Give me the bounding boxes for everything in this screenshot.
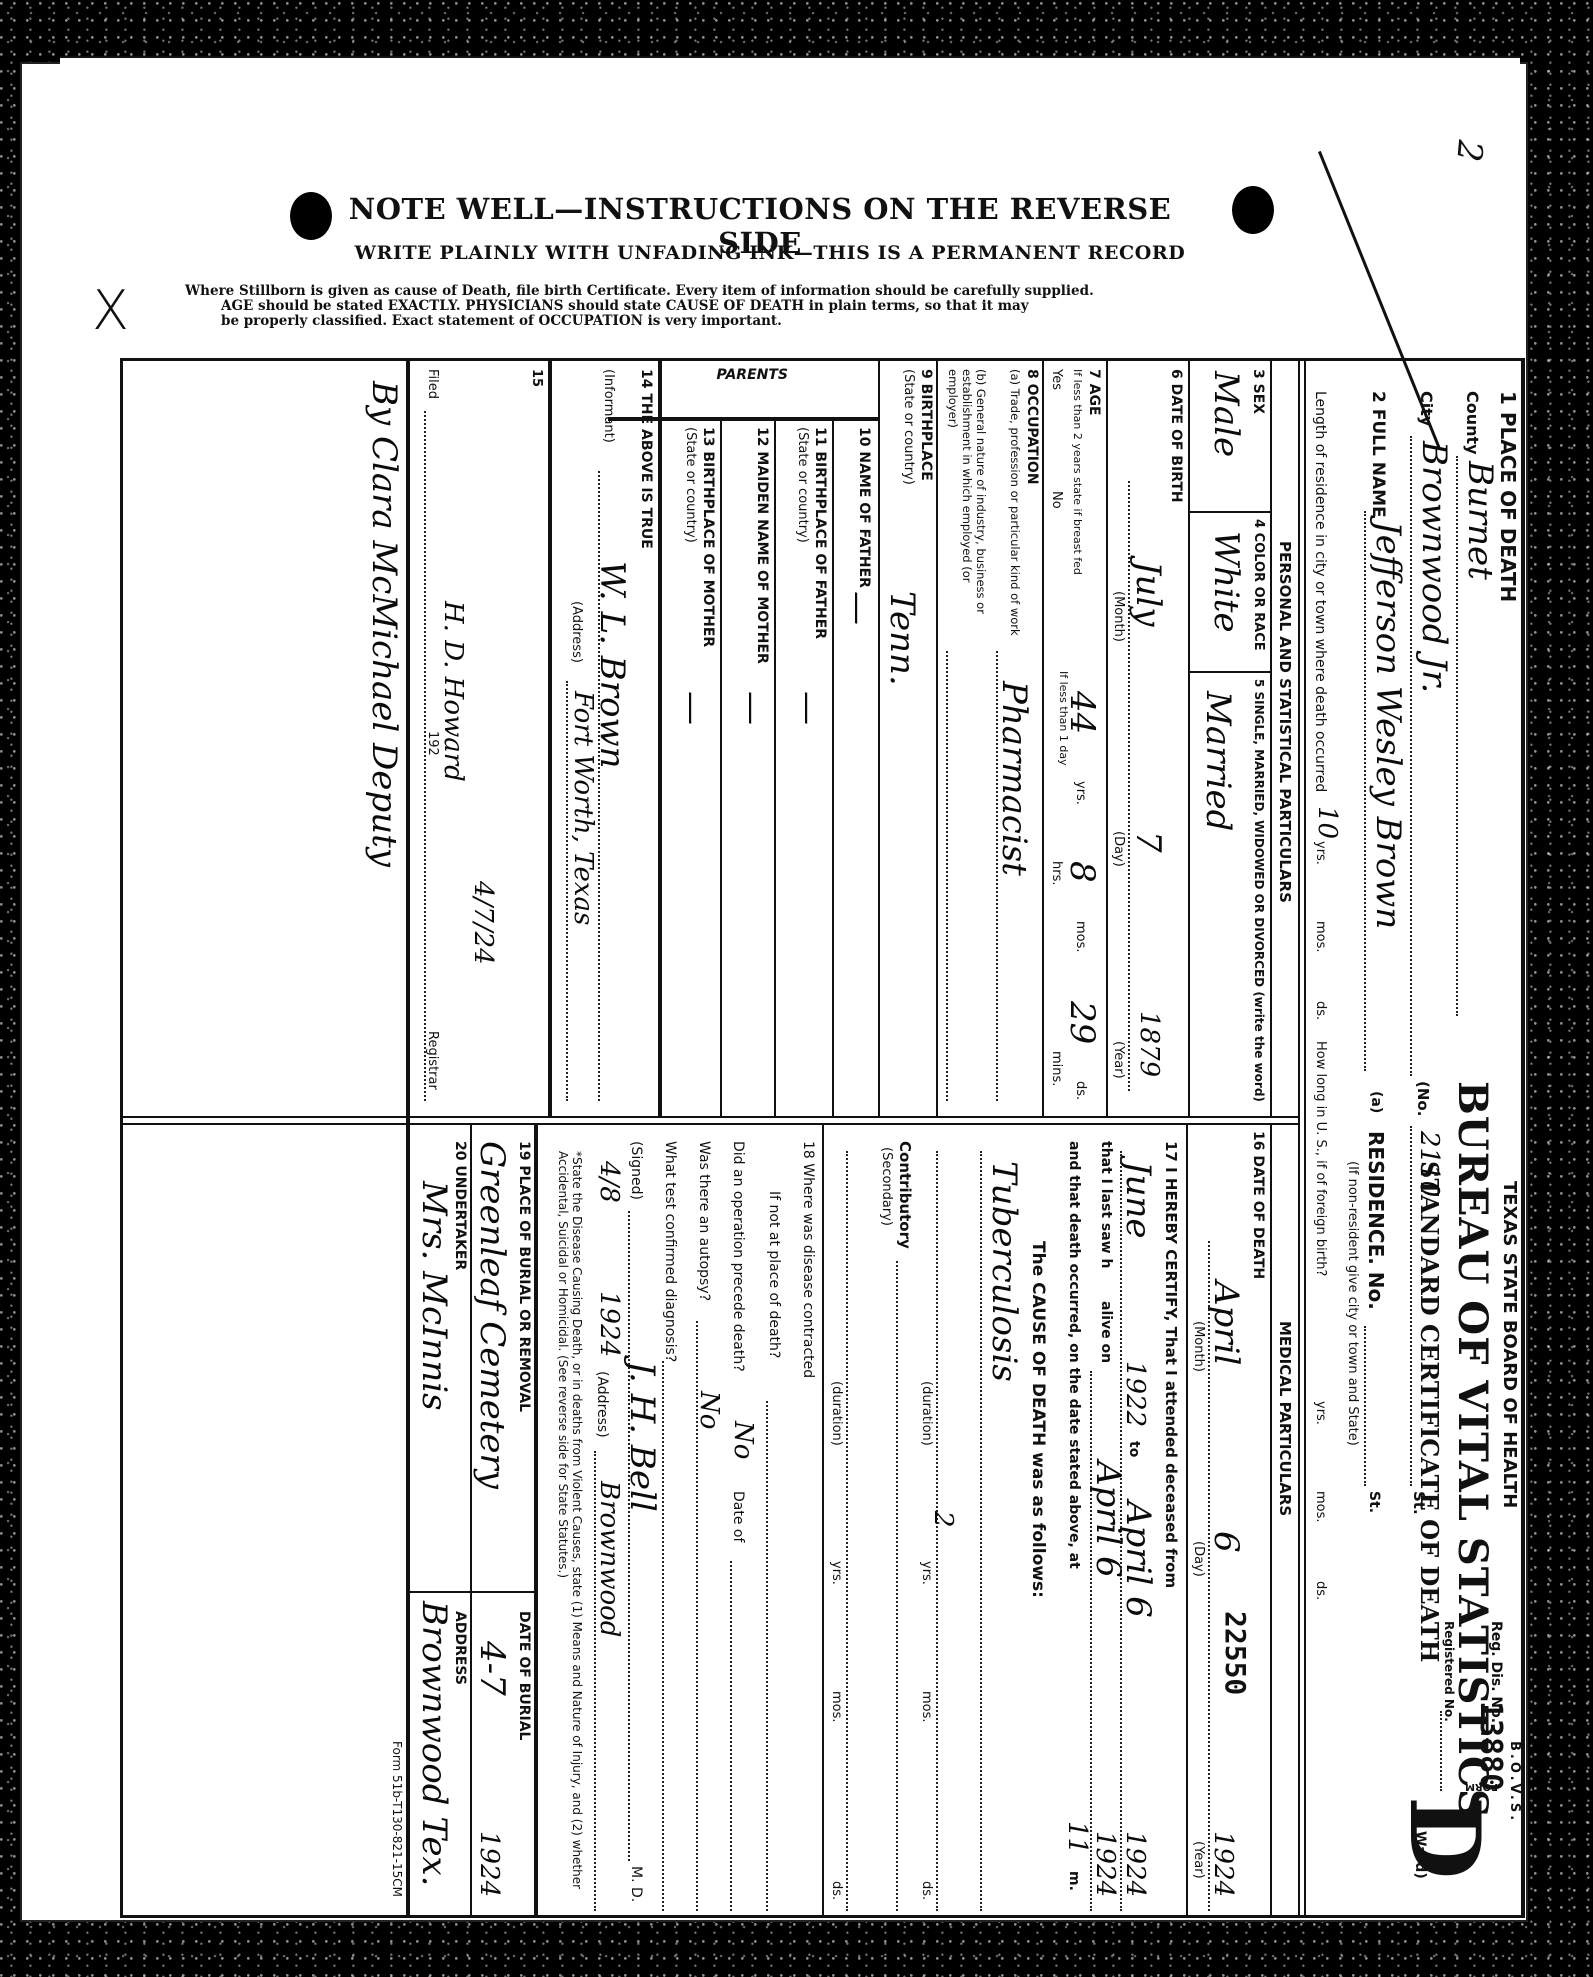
contributory-dotted-line[interactable] [896, 1261, 898, 1911]
filed-label: Filed [425, 369, 440, 399]
cause-dotted-line-2 [936, 1151, 938, 1911]
death-time-suffix: m. [1066, 1871, 1082, 1891]
burial-date-value[interactable]: 4-7 [472, 1641, 512, 1696]
hrs-label: hrs. [1049, 861, 1064, 886]
father-birthplace-label: 11 BIRTHPLACE OF FATHER [812, 427, 828, 639]
dob-year[interactable]: 1879 [1134, 1011, 1164, 1077]
undertaker-address-value[interactable]: Brownwood Tex. [414, 1601, 454, 1886]
occupation-b-label: (b) General nature of industry, business… [946, 369, 988, 629]
occupation-label: 8 OCCUPATION [1024, 369, 1040, 485]
color-value[interactable]: White [1206, 531, 1246, 633]
birthplace-value[interactable]: Tenn. [882, 591, 922, 686]
signed-date[interactable]: 4/8 [594, 1161, 624, 1203]
last-saw-label: that I last saw h [1098, 1141, 1114, 1268]
autopsy-dotted-line [696, 1321, 698, 1911]
residence-label: RESIDENCE. No. [1364, 1131, 1388, 1310]
md-label: M. D. [628, 1866, 644, 1902]
above-is-true-label: 14 THE ABOVE IS TRUE [638, 369, 654, 549]
street-dotted-line [1410, 1126, 1412, 1486]
duration-yrs[interactable]: 2 [928, 1511, 958, 1528]
write-plainly-heading: WRITE PLAINLY WITH UNFADING INK—THIS IS … [240, 242, 1300, 264]
signed-dotted-line [628, 1211, 630, 1861]
full-name-value[interactable]: Jefferson Wesley Brown [1368, 521, 1408, 929]
attended-to-year[interactable]: 1924 [1120, 1831, 1150, 1897]
signed-label: (Signed) [628, 1141, 644, 1200]
divider [720, 417, 722, 1117]
less-than-day-label: If less than 1 day [1057, 671, 1070, 766]
dod-year-label: (Year) [1191, 1841, 1206, 1879]
mother-birthplace-note: (State or country) [683, 427, 698, 543]
attended-from-year[interactable]: 1922 [1120, 1361, 1150, 1427]
not-place-dotted-line[interactable] [766, 1401, 768, 1911]
city-dotted-line [1410, 436, 1412, 1076]
medical-section-title: MEDICAL PARTICULARS [1276, 1321, 1294, 1516]
cell-divider [410, 1591, 538, 1593]
filed-dotted-line [424, 411, 426, 1101]
contributory-dotted-line-2 [846, 1151, 848, 1911]
cell-divider [1190, 671, 1272, 673]
street-st-label: St. [1410, 1491, 1428, 1515]
mother-birthplace-value[interactable]: — [672, 691, 712, 725]
burial-date-label: DATE OF BURIAL [516, 1611, 532, 1740]
date-of-death-label: 16 DATE OF DEATH [1250, 1131, 1266, 1279]
instruction-line: AGE should be stated EXACTLY. PHYSICIANS… [185, 299, 1385, 314]
registered-no-field[interactable] [1440, 1711, 1442, 1791]
margin-note: 2 [1448, 139, 1490, 164]
occupation-dotted-line [996, 651, 998, 1101]
form-letter-label: FORM [1465, 1781, 1498, 1792]
not-place-of-death-label: If not at place of death? [766, 1191, 782, 1358]
mother-birthplace-label: 13 BIRTHPLACE OF MOTHER [700, 427, 716, 647]
marital-label: 5 SINGLE, MARRIED, WIDOWED OR DIVORCED (… [1252, 679, 1266, 1109]
burial-place-value[interactable]: Greenleaf Cemetery [472, 1141, 512, 1489]
attended-from[interactable]: June [1118, 1161, 1158, 1239]
registered-no-label: Registered No. [1442, 1621, 1456, 1722]
ward-label: Ward) [1412, 1831, 1428, 1879]
sex-label: 3 SEX [1250, 369, 1266, 414]
date-of-death-month[interactable]: April [1206, 1281, 1246, 1365]
cell-divider [1190, 511, 1272, 513]
duration-ds-label-2: ds. [829, 1881, 844, 1900]
a-label: (a) [1368, 1091, 1384, 1113]
operation-date-dotted-line[interactable] [730, 1561, 732, 1911]
street-no-label: (No. [1414, 1081, 1432, 1116]
dob-label: 6 DATE OF BIRTH [1168, 369, 1184, 503]
duration-label: (duration) [919, 1381, 934, 1446]
physician-address-label: (Address) [594, 1371, 610, 1438]
occupation-value[interactable]: Pharmacist [994, 681, 1034, 876]
yes-label: Yes [1049, 369, 1064, 390]
month-label: (Month) [1111, 591, 1126, 642]
divider [1106, 361, 1108, 1116]
father-name-label: 10 NAME OF FATHER [856, 427, 872, 588]
column-divider [123, 1123, 1298, 1125]
last-saw-value[interactable]: April 6 [1088, 1461, 1128, 1578]
duration-label-2: (duration) [829, 1381, 844, 1446]
mother-name-label: 12 MAIDEN NAME OF MOTHER [754, 427, 770, 664]
divider [1042, 361, 1044, 1116]
informant-label: (Informant) [601, 369, 616, 443]
divider [1298, 361, 1300, 1918]
ds-label: ds. [1313, 1001, 1328, 1020]
divider [1188, 361, 1190, 1116]
year-label: (Year) [1111, 1041, 1126, 1079]
dob-day[interactable]: 7 [1128, 831, 1168, 853]
dod-day-label: (Day) [1191, 1541, 1206, 1577]
age-mos-label: mos. [1073, 921, 1088, 953]
county-label: County [1463, 391, 1482, 455]
employer-dotted-line[interactable] [946, 651, 948, 1101]
certificate-title: STANDARD CERTIFICATE OF DEATH [1415, 1161, 1444, 1662]
divider [936, 361, 938, 1116]
filed-date[interactable]: 4/7/24 [468, 881, 498, 965]
age-yrs-label: yrs. [1073, 781, 1088, 805]
divider [1186, 1123, 1188, 1918]
duration-ds-label: ds. [919, 1881, 934, 1900]
divider [1270, 1123, 1272, 1918]
date-of-label: Date of [730, 1491, 746, 1542]
residence-st-label: St. [1366, 1491, 1382, 1513]
divider [1270, 361, 1272, 1116]
autopsy-value[interactable]: No [694, 1391, 724, 1429]
signed-year[interactable]: 1924 [594, 1291, 624, 1357]
operation-label: Did an operation precede death? [730, 1141, 746, 1372]
personal-section-title: PERSONAL AND STATISTICAL PARTICULARS [1276, 541, 1294, 903]
form-code: B.O.V.S. [1507, 1741, 1522, 1823]
registrar-label: Registrar [425, 1031, 440, 1090]
mother-name-value[interactable]: — [732, 691, 772, 725]
reg-dis-number: 13880 [1473, 1701, 1508, 1791]
death-occurred-label: and that death occurred, on the date sta… [1066, 1141, 1082, 1569]
father-name-value[interactable]: — [838, 591, 878, 625]
undertaker-value[interactable]: Mrs. McInnis [414, 1181, 454, 1411]
form-rotated-content: 1 PLACE OF DEATH TEXAS STATE BOARD OF HE… [123, 361, 1525, 1918]
duration-mos-label: mos. [919, 1691, 934, 1723]
operation-value[interactable]: No [728, 1421, 758, 1459]
address-dotted-line [566, 681, 568, 1101]
death-certificate-form: 1 PLACE OF DEATH TEXAS STATE BOARD OF HE… [120, 358, 1525, 1918]
county-value[interactable]: Burnet [1460, 461, 1500, 580]
no-label: No [1049, 491, 1064, 509]
instructions-block: Where Stillborn is given as cause of Dea… [185, 284, 1385, 329]
form-number: Form 51b-T130-821-15CM [390, 1741, 404, 1897]
date-of-death-year[interactable]: 1924 [1208, 1831, 1238, 1897]
color-label: 4 COLOR OR RACE [1251, 519, 1266, 651]
mins-label: mins. [1049, 1051, 1064, 1086]
date-of-death-day[interactable]: 6 [1206, 1531, 1246, 1553]
how-long-ds-label: ds. [1313, 1581, 1328, 1600]
undertaker-address-label: ADDRESS [452, 1611, 468, 1685]
board-title: TEXAS STATE BOARD OF HEALTH [1499, 1181, 1520, 1508]
informant-address[interactable]: Fort Worth, Texas [568, 691, 598, 925]
test-label: What test confirmed diagnosis? [662, 1141, 678, 1362]
cause-of-death-value[interactable]: Tuberculosis [984, 1161, 1024, 1382]
how-long-yrs-label: yrs. [1313, 1401, 1328, 1425]
dob-dotted-line [1128, 481, 1130, 1091]
age-note: If less than 2 years state if breast fed [1071, 369, 1084, 575]
x-mark-icon: X [92, 284, 129, 338]
divider [1304, 361, 1306, 1918]
where-contracted-label: 18 Where was disease contracted [800, 1141, 816, 1378]
age-days[interactable]: 29 [1062, 1001, 1102, 1044]
birthplace-note: (State or country) [901, 369, 916, 485]
stamp-number: 22550 [1219, 1611, 1252, 1695]
length-of-residence-yrs[interactable]: 10 [1312, 806, 1342, 839]
residence-note: (If non-resident give city or town and S… [1345, 1161, 1360, 1446]
divider [878, 361, 880, 1116]
city-label: City [1417, 391, 1436, 426]
contributory-label: Contributory [896, 1141, 914, 1249]
registrar-signature[interactable]: H. D. Howard [438, 601, 468, 782]
county-dotted-line [1456, 456, 1458, 1016]
marital-value[interactable]: Married [1198, 691, 1238, 831]
street-no-value[interactable]: 2110 [1414, 1131, 1444, 1197]
father-birthplace-note: (State or country) [795, 427, 810, 543]
divider [406, 361, 410, 1918]
birthplace-label: 9 BIRTHPLACE [918, 369, 934, 481]
certify-label: 17 I HEREBY CERTIFY, That I attended dec… [1162, 1141, 1180, 1588]
residence-dotted-line[interactable] [1364, 1326, 1366, 1486]
last-saw-suffix: alive on [1098, 1301, 1114, 1363]
cause-of-death-label: The CAUSE OF DEATH was as follows: [1028, 1241, 1048, 1598]
full-name-label: 2 FULL NAME [1368, 391, 1388, 518]
instruction-line: be properly classified. Exact statement … [185, 314, 1385, 329]
physician-address-dotted-line [594, 1451, 596, 1911]
dod-month-label: (Month) [1191, 1321, 1206, 1372]
form-letter-d: D [1396, 1796, 1492, 1879]
age-months[interactable]: 8 [1062, 861, 1102, 883]
how-long-mos-label: mos. [1313, 1491, 1328, 1523]
day-label: (Day) [1111, 831, 1126, 867]
dob-month[interactable]: July [1128, 561, 1168, 627]
cause-dotted-line [980, 1151, 982, 1911]
full-name-dotted-line [1364, 511, 1366, 1071]
burial-place-label: 19 PLACE OF BURIAL OR REMOVAL [516, 1141, 532, 1412]
last-saw-year[interactable]: 1924 [1090, 1831, 1120, 1897]
duration-yrs-label: yrs. [919, 1561, 934, 1585]
death-time[interactable]: 11 [1062, 1821, 1092, 1854]
dod-dotted-line [1208, 1241, 1210, 1911]
to-label: to [1126, 1441, 1142, 1457]
how-long-label: How long in U. S., if of foreign birth? [1313, 1041, 1328, 1276]
mos-label: mos. [1313, 921, 1328, 953]
duration-yrs-label-2: yrs. [829, 1561, 844, 1585]
violent-causes-note: *State the Disease Causing Death, or in … [556, 1151, 584, 1911]
divider [658, 361, 662, 1116]
city-value[interactable]: Brownwood Jr. [1414, 441, 1454, 693]
length-of-residence-label: Length of residence in city or town wher… [1312, 391, 1328, 792]
autopsy-label: Was there an autopsy? [696, 1141, 712, 1301]
yrs-label: yrs. [1313, 841, 1328, 865]
physician-address[interactable]: Brownwood [594, 1481, 624, 1637]
duration-mos-label-2: mos. [829, 1691, 844, 1723]
father-birthplace-value[interactable]: — [788, 691, 828, 725]
secondary-label: (Secondary) [879, 1147, 894, 1226]
informant-dotted-line [598, 471, 600, 1101]
divider [470, 1123, 472, 1918]
column-divider [123, 1116, 1298, 1118]
divider [548, 361, 552, 1116]
item-15-label: 15 [529, 369, 544, 387]
test-dotted-line[interactable] [662, 1361, 664, 1911]
divider [774, 417, 776, 1117]
divider [832, 417, 834, 1117]
deputy-signature[interactable]: By Clara McMichael Deputy [364, 381, 404, 867]
punch-hole-right [1232, 186, 1274, 234]
certificate-page: NOTE WELL—INSTRUCTIONS ON THE REVERSE SI… [20, 62, 1528, 1922]
instruction-line: Where Stillborn is given as cause of Dea… [185, 284, 1385, 299]
divider [534, 1123, 538, 1918]
parents-title: PARENTS [716, 367, 788, 383]
occupation-a-label: (a) Trade, profession or particular kind… [1008, 369, 1022, 636]
informant-address-label: (Address) [569, 601, 584, 663]
sex-value[interactable]: Male [1206, 371, 1246, 457]
divider [822, 1123, 824, 1918]
age-ds-label: ds. [1073, 1081, 1088, 1100]
undertaker-label: 20 UNDERTAKER [452, 1141, 468, 1270]
burial-year-value[interactable]: 1924 [474, 1831, 504, 1897]
age-label: 7 AGE [1086, 369, 1102, 416]
